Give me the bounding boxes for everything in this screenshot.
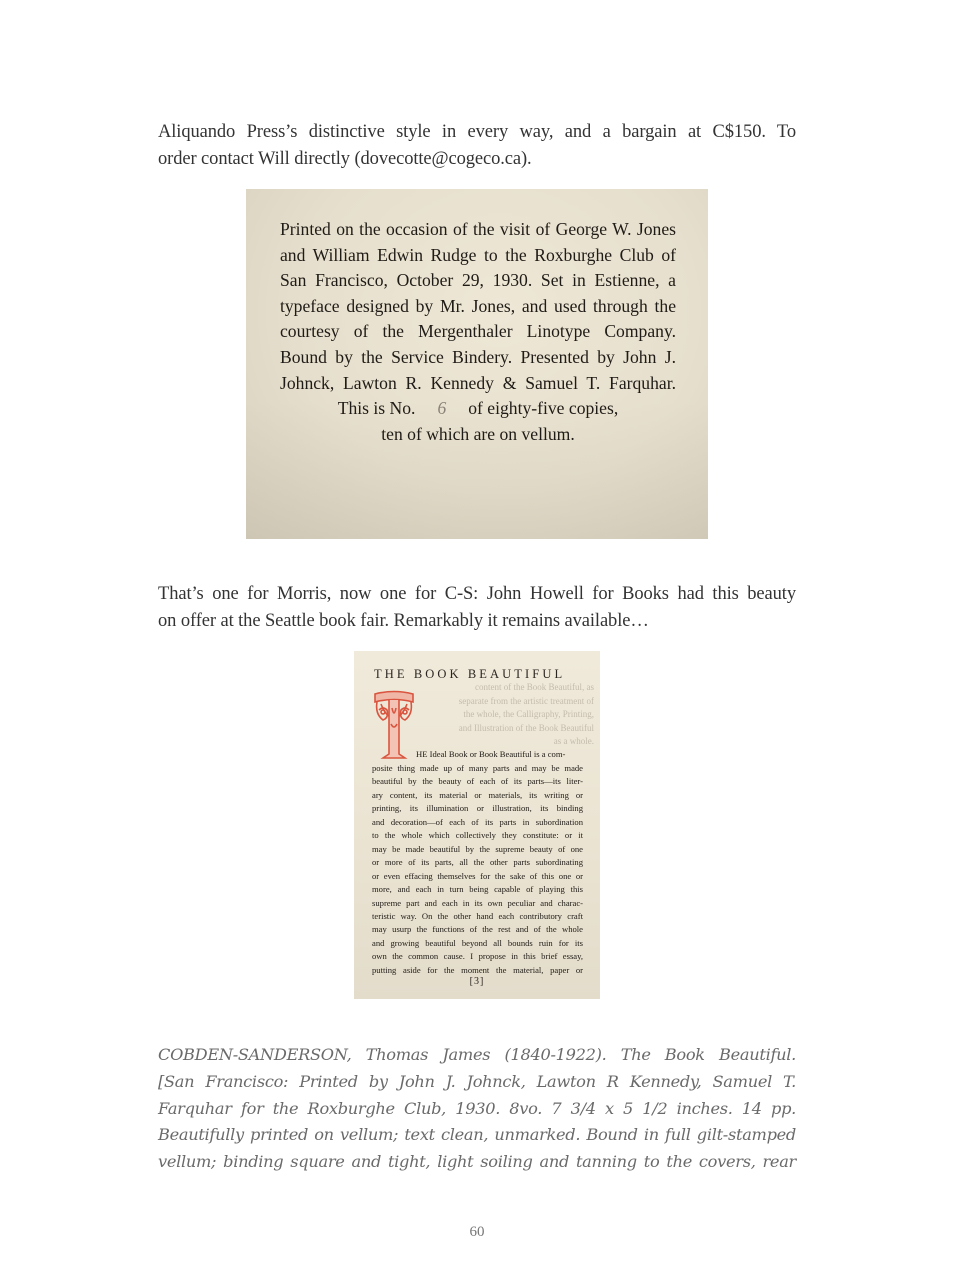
citation-line: Beautifully printed on vellum; text clea… bbox=[158, 1122, 796, 1149]
bleed-through-text: content of the Book Beautiful, as separa… bbox=[454, 681, 594, 749]
second-paragraph: That’s one for Morris, now one for C-S: … bbox=[158, 581, 796, 634]
citation-line: COBDEN-SANDERSON, Thomas James (1840-192… bbox=[158, 1042, 796, 1069]
colophon-line: courtesy of the Mergenthaler Linotype Co… bbox=[280, 319, 676, 345]
citation-line: vellum; binding square and tight, light … bbox=[158, 1149, 796, 1176]
colophon-line: typeface designed by Mr. Jones, and used… bbox=[280, 294, 676, 320]
text-line: order contact Will directly (dovecotte@c… bbox=[158, 146, 796, 173]
ornamental-dropcap-icon bbox=[373, 688, 415, 762]
colophon-line: ten of which are on vellum. bbox=[280, 422, 676, 448]
document-page: Aliquando Press’s distinctive style in e… bbox=[0, 0, 954, 1276]
book-beautiful-photo: content of the Book Beautiful, as separa… bbox=[354, 651, 600, 999]
colophon-line: San Francisco, October 29, 1930. Set in … bbox=[280, 268, 676, 294]
text-line: Aliquando Press’s distinctive style in e… bbox=[158, 119, 796, 146]
book-body-text: posite thing made up of many parts and m… bbox=[372, 762, 583, 977]
bibliographic-citation: COBDEN-SANDERSON, Thomas James (1840-192… bbox=[158, 1042, 796, 1176]
colophon-line: Printed on the occasion of the visit of … bbox=[280, 217, 676, 243]
citation-line: Farquhar for the Roxburghe Club, 1930. 8… bbox=[158, 1096, 796, 1123]
colophon-line: Johnck, Lawton R. Kennedy & Samuel T. Fa… bbox=[280, 371, 676, 397]
book-folio: [3] bbox=[354, 976, 600, 987]
colophon-line: Bound by the Service Bindery. Presented … bbox=[280, 345, 676, 371]
colophon-photo: Printed on the occasion of the visit of … bbox=[246, 189, 708, 539]
handwritten-copy-number: 6 bbox=[415, 398, 468, 418]
intro-paragraph: Aliquando Press’s distinctive style in e… bbox=[158, 119, 796, 172]
citation-line: [San Francisco: Printed by John J. Johnc… bbox=[158, 1069, 796, 1096]
colophon-line: and William Edwin Rudge to the Roxburghe… bbox=[280, 243, 676, 269]
page-number: 60 bbox=[0, 1224, 954, 1241]
book-running-title: THE BOOK BEAUTIFUL bbox=[374, 667, 588, 682]
text-line: That’s one for Morris, now one for C-S: … bbox=[158, 581, 796, 608]
copy-number-line: This is No.6of eighty-five copies, bbox=[280, 396, 676, 422]
colophon-text: Printed on the occasion of the visit of … bbox=[280, 217, 676, 447]
text-line: on offer at the Seattle book fair. Remar… bbox=[158, 608, 796, 635]
dropcap-first-line: HE Ideal Book or Book Beautiful is a com… bbox=[416, 748, 592, 762]
